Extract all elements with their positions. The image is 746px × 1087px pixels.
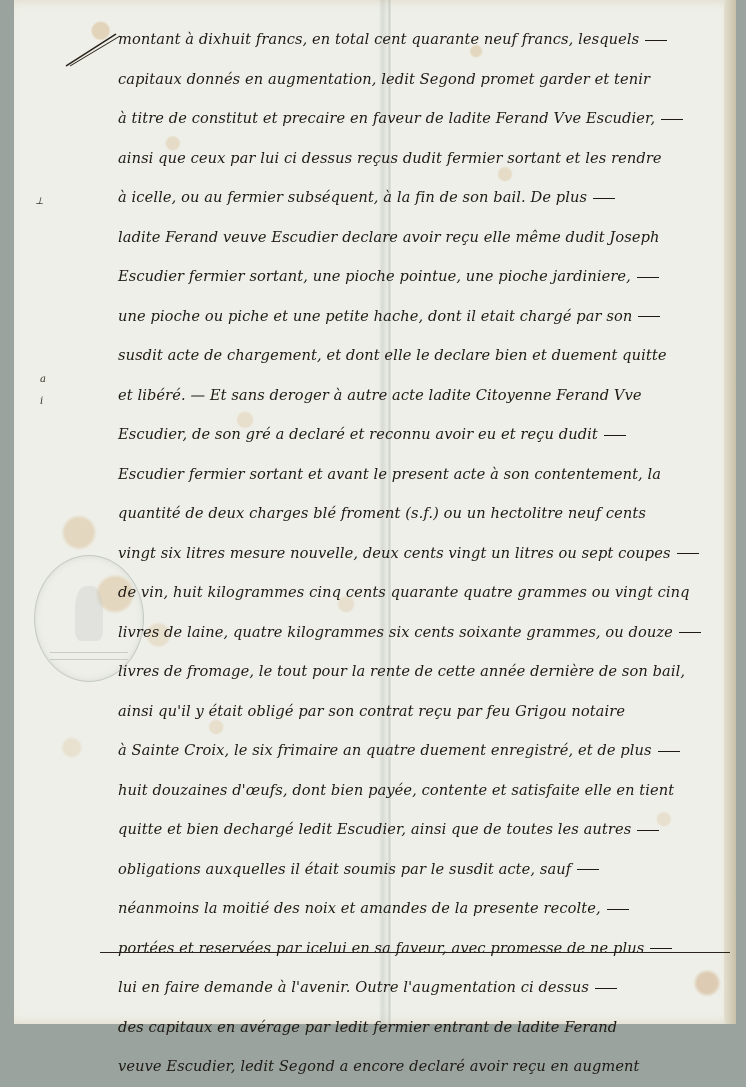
text-line: livres de laine, quatre kilogrammes six … [118, 613, 738, 653]
seal-band [50, 652, 128, 660]
text-line: à Sainte Croix, le six frimaire an quatr… [118, 731, 738, 771]
text-line: et libéré. — Et sans deroger à autre act… [118, 376, 738, 416]
text-line: une pioche ou piche et une petite hache,… [118, 297, 738, 337]
text-line: à icelle, ou au fermier subséquent, à la… [118, 178, 738, 218]
text-line: susdit acte de chargement, et dont elle … [118, 336, 738, 376]
text-line: lui en faire demande à l'avenir. Outre l… [118, 968, 738, 1008]
text-line: quitte et bien dechargé ledit Escudier, … [118, 810, 738, 850]
manuscript-text-body: montant à dixhuit francs, en total cent … [118, 20, 738, 1024]
text-line: ladite Ferand veuve Escudier declare avo… [118, 218, 738, 258]
manuscript-page: ⟂ a i montant à dixhuit francs, en total… [14, 0, 736, 1024]
text-line: vingt six litres mesure nouvelle, deux c… [118, 534, 738, 574]
margin-mark-3: i [40, 396, 43, 407]
text-line: Escudier fermier sortant et avant le pre… [118, 455, 738, 495]
text-line: ainsi que ceux par lui ci dessus reçus d… [118, 139, 738, 179]
text-line: Escudier, de son gré a declaré et reconn… [118, 415, 738, 455]
text-line: néanmoins la moitié des noix et amandes … [118, 889, 738, 929]
text-line: huit douzaines d'œufs, dont bien payée, … [118, 771, 738, 811]
margin-mark-1: ⟂ [36, 196, 43, 207]
text-line: obligations auxquelles il était soumis p… [118, 850, 738, 890]
text-line: capitaux donnés en augmentation, ledit S… [118, 60, 738, 100]
text-line: de vin, huit kilogrammes cinq cents quar… [118, 573, 738, 613]
text-line: portées et reservées par icelui en sa fa… [118, 929, 738, 969]
closing-rule-line [100, 952, 730, 953]
text-line: à titre de constitut et precaire en fave… [118, 99, 738, 139]
text-line: quantité de deux charges blé froment (s.… [118, 494, 738, 534]
margin-mark-2: a [40, 374, 46, 385]
text-line: montant à dixhuit francs, en total cent … [118, 20, 738, 60]
text-line: ainsi qu'il y était obligé par son contr… [118, 692, 738, 732]
seal-figure [75, 586, 103, 641]
text-line: livres de fromage, le tout pour la rente… [118, 652, 738, 692]
text-line: des capitaux en avérage par ledit fermie… [118, 1008, 738, 1025]
text-line: Escudier fermier sortant, une pioche poi… [118, 257, 738, 297]
